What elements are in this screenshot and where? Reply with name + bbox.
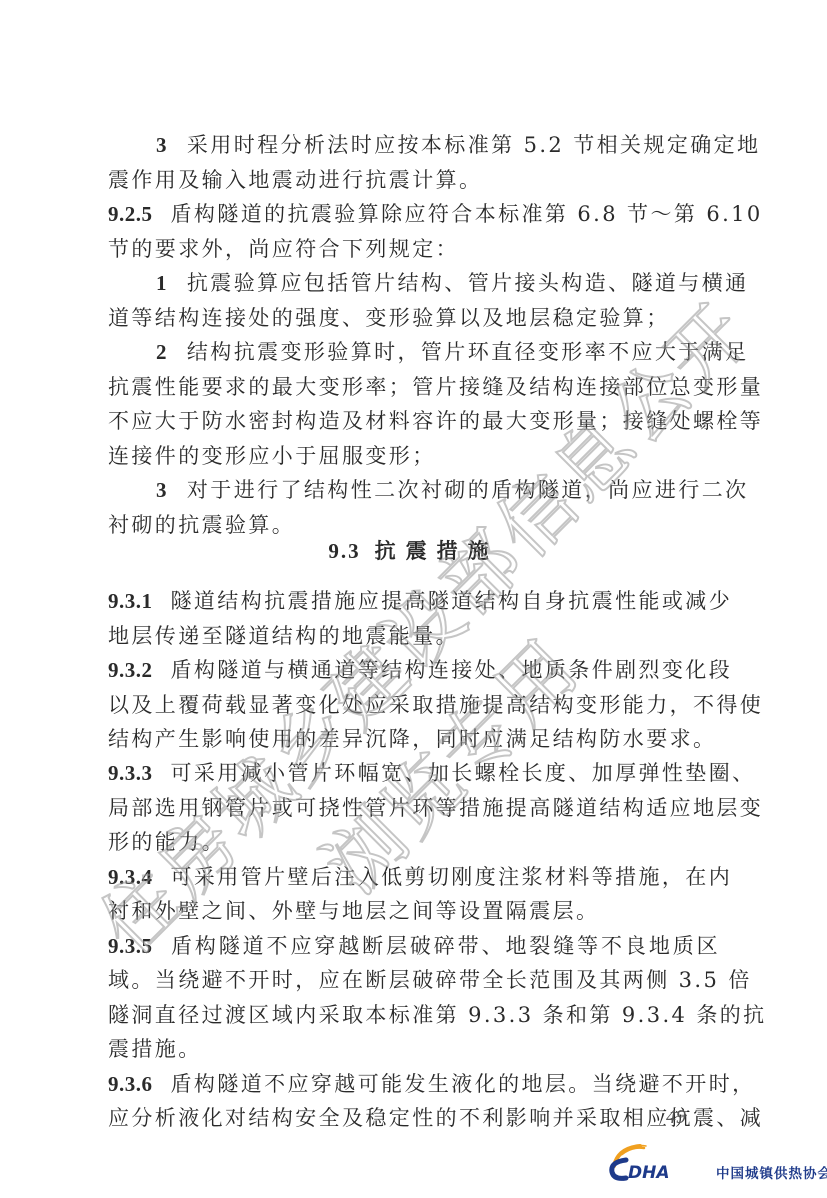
clause-number: 9.3.5	[108, 934, 153, 958]
text: 对于进行了结构性二次衬砌的盾构隧道，尚应进行二次	[187, 478, 749, 502]
clause-number: 9.3.6	[108, 1072, 153, 1096]
clause-number: 9.2.5	[108, 202, 153, 226]
section-heading: 9.3抗震措施	[0, 534, 827, 568]
page-number: 49	[666, 1106, 686, 1129]
clause-9-3-5-line-1: 9.3.5盾构隧道不应穿越断层破碎带、地裂缝等不良地质区	[108, 929, 720, 963]
item-1-line-1: 1抗震验算应包括管片结构、管片接头构造、隧道与横通	[108, 266, 720, 300]
item-2-line-4: 连接件的变形应小于屈服变形；	[108, 439, 720, 473]
text: 盾构隧道的抗震验算除应符合本标准第 6.8 节～第 6.10	[171, 202, 763, 226]
item-number: 1	[156, 271, 169, 295]
item-1-line-2: 道等结构连接处的强度、变形验算以及地层稳定验算；	[108, 301, 720, 335]
text: 盾构隧道不应穿越断层破碎带、地裂缝等不良地质区	[171, 934, 721, 958]
item-3-line-2: 震作用及输入地震动进行抗震计算。	[108, 163, 720, 197]
clause-number: 9.3.3	[108, 761, 153, 785]
item-2-line-2: 抗震性能要求的最大变形率；管片接缝及结构连接部位总变形量	[108, 370, 720, 404]
clause-9-2-5-line-1: 9.2.5盾构隧道的抗震验算除应符合本标准第 6.8 节～第 6.10	[108, 197, 720, 231]
clause-9-3-3-line-1: 9.3.3可采用减小管片环幅宽、加长螺栓长度、加厚弹性垫圈、	[108, 756, 720, 790]
text: 可采用减小管片环幅宽、加长螺栓长度、加厚弹性垫圈、	[171, 761, 756, 785]
footer-logo: DHA 中国城镇供热协会	[604, 1142, 819, 1182]
text: 盾构隧道与横通道等结构连接处、地质条件剧烈变化段	[171, 658, 733, 682]
clause-9-3-3-line-2: 局部选用钢管片或可挠性管片环等措施提高隧道结构适应地层变	[108, 791, 720, 825]
clause-number: 9.3.4	[108, 865, 153, 889]
section-title: 抗震措施	[375, 538, 499, 563]
text: 抗震验算应包括管片结构、管片接头构造、隧道与横通	[187, 271, 749, 295]
text: 盾构隧道不应穿越可能发生液化的地层。当绕避不开时，	[171, 1072, 756, 1096]
item-2-line-1: 2结构抗震变形验算时，管片环直径变形率不应大于满足	[108, 335, 720, 369]
clause-9-3-2-line-2: 以及上覆荷载显著变化处应采取措施提高结构变形能力，不得使	[108, 688, 720, 722]
clause-9-3-4-line-2: 衬和外壁之间、外壁与地层之间等设置隔震层。	[108, 894, 720, 928]
clause-number: 9.3.2	[108, 658, 153, 682]
item-number: 3	[156, 133, 169, 157]
clause-9-3-5-line-3: 隧洞直径过渡区域内采取本标准第 9.3.3 条和第 9.3.4 条的抗	[108, 998, 720, 1032]
item-2-line-3: 不应大于防水密封构造及材料容许的最大变形量；接缝处螺栓等	[108, 404, 720, 438]
document-page: 3采用时程分析法时应按本标准第 5.2 节相关规定确定地 震作用及输入地震动进行…	[0, 0, 827, 1198]
clause-9-2-5-line-2: 节的要求外，尚应符合下列规定：	[108, 232, 720, 266]
section-number: 9.3	[328, 539, 360, 563]
text: 结构抗震变形验算时，管片环直径变形率不应大于满足	[187, 340, 749, 364]
item-number: 3	[156, 478, 169, 502]
clause-9-3-3-line-3: 形的能力。	[108, 825, 720, 859]
item-number: 2	[156, 340, 169, 364]
item-3b-line-1: 3对于进行了结构性二次衬砌的盾构隧道，尚应进行二次	[108, 473, 720, 507]
clause-9-3-6-line-2: 应分析液化对结构安全及稳定性的不利影响并采取相应抗震、减	[108, 1101, 720, 1135]
item-3-line-1: 3采用时程分析法时应按本标准第 5.2 节相关规定确定地	[108, 128, 720, 162]
text: 隧道结构抗震措施应提高隧道结构自身抗震性能或减少	[171, 589, 733, 613]
org-name: 中国城镇供热协会	[716, 1162, 827, 1182]
clause-9-3-2-line-3: 结构产生影响使用的差异沉降，同时应满足结构防水要求。	[108, 722, 720, 756]
clause-9-3-1-line-2: 地层传递至隧道结构的地震能量。	[108, 619, 720, 653]
text: 可采用管片壁后注入低剪切刚度注浆材料等措施，在内	[171, 865, 733, 889]
clause-9-3-2-line-1: 9.3.2盾构隧道与横通道等结构连接处、地质条件剧烈变化段	[108, 653, 720, 687]
clause-9-3-6-line-1: 9.3.6盾构隧道不应穿越可能发生液化的地层。当绕避不开时，	[108, 1067, 720, 1101]
text: 采用时程分析法时应按本标准第 5.2 节相关规定确定地	[187, 133, 761, 157]
clause-number: 9.3.1	[108, 589, 153, 613]
clause-9-3-5-line-4: 震措施。	[108, 1032, 720, 1066]
clause-9-3-1-line-1: 9.3.1隧道结构抗震措施应提高隧道结构自身抗震性能或减少	[108, 584, 720, 618]
cdha-logo-icon: DHA	[604, 1142, 700, 1182]
clause-9-3-4-line-1: 9.3.4可采用管片壁后注入低剪切刚度注浆材料等措施，在内	[108, 860, 720, 894]
clause-9-3-5-line-2: 域。当绕避不开时，应在断层破碎带全长范围及其两侧 3.5 倍	[108, 963, 720, 997]
svg-text:DHA: DHA	[628, 1163, 670, 1182]
